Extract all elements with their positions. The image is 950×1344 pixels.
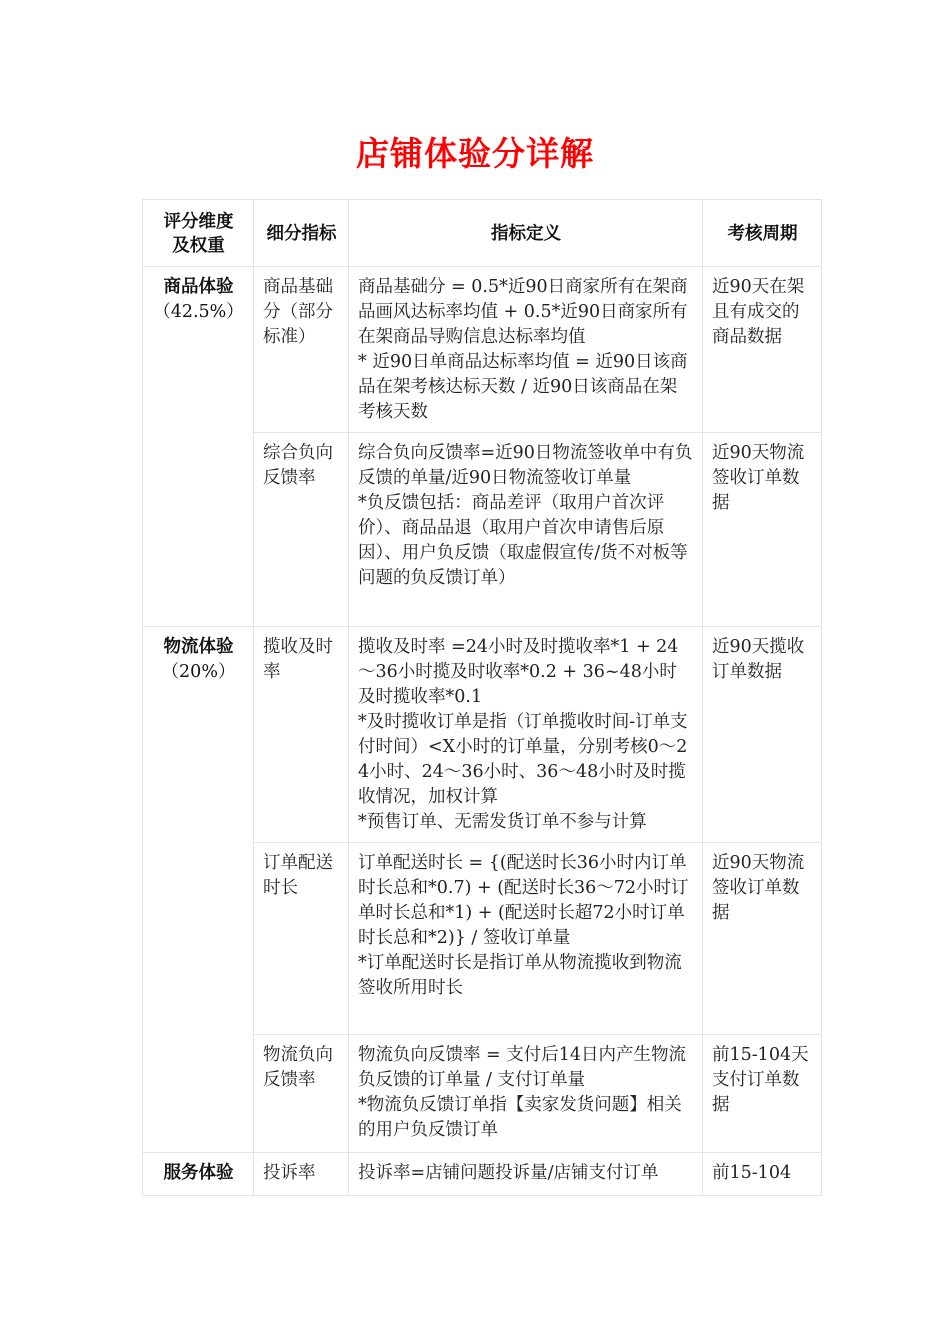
period-cell: 前15-104天支付订单数据 <box>703 1035 822 1153</box>
definition-line: 综合负向反馈率=近90日物流签收单中有负反馈的单量/近90日物流签收订单量 <box>358 441 694 491</box>
metric-cell: 物流负向反馈率 <box>254 1035 349 1153</box>
definition-cell: 物流负向反馈率 = 支付后14日内产生物流负反馈的订单量 / 支付订单量 *物流… <box>349 1035 703 1153</box>
dimension-cell: 商品体验 （42.5%） <box>143 267 254 627</box>
definition-line: * 近90日单商品达标率均值 = 近90日该商品在架考核达标天数 / 近90日该… <box>358 350 694 425</box>
period-cell: 前15-104 <box>703 1153 822 1196</box>
metric-cell: 投诉率 <box>254 1153 349 1196</box>
dimension-name: 服务体验 <box>152 1161 245 1186</box>
definition-line: 商品基础分 = 0.5*近90日商家所有在架商品画风达标率均值 + 0.5*近9… <box>358 275 694 350</box>
definition-line: 投诉率=店铺问题投诉量/店铺支付订单 <box>358 1161 694 1186</box>
definition-line: 物流负向反馈率 = 支付后14日内产生物流负反馈的订单量 / 支付订单量 <box>358 1043 694 1093</box>
metric-cell: 商品基础分（部分标准） <box>254 267 349 433</box>
definition-line: *物流负反馈订单指【卖家发货问题】相关的用户负反馈订单 <box>358 1093 694 1143</box>
score-table: 评分维度 及权重 细分指标 指标定义 考核周期 商品体验 （42.5%） 商品基… <box>142 199 822 1196</box>
table-row: 商品体验 （42.5%） 商品基础分（部分标准） 商品基础分 = 0.5*近90… <box>143 267 822 433</box>
dimension-cell: 服务体验 <box>143 1153 254 1196</box>
header-period: 考核周期 <box>703 200 822 267</box>
definition-cell: 综合负向反馈率=近90日物流签收单中有负反馈的单量/近90日物流签收订单量 *负… <box>349 433 703 627</box>
definition-cell: 商品基础分 = 0.5*近90日商家所有在架商品画风达标率均值 + 0.5*近9… <box>349 267 703 433</box>
header-definition: 指标定义 <box>349 200 703 267</box>
metric-cell: 揽收及时率 <box>254 627 349 843</box>
header-dimension-line2: 及权重 <box>152 234 245 258</box>
definition-line: *预售订单、无需发货订单不参与计算 <box>358 810 694 835</box>
header-dimension-line1: 评分维度 <box>152 210 245 234</box>
dimension-weight: （20%） <box>152 660 245 685</box>
table-header-row: 评分维度 及权重 细分指标 指标定义 考核周期 <box>143 200 822 267</box>
definition-cell: 订单配送时长 = {(配送时长36小时内订单时长总和*0.7) + (配送时长3… <box>349 843 703 1035</box>
metric-cell: 综合负向反馈率 <box>254 433 349 627</box>
page-title: 店铺体验分详解 <box>0 128 950 175</box>
header-dimension: 评分维度 及权重 <box>143 200 254 267</box>
period-cell: 近90天在架且有成交的商品数据 <box>703 267 822 433</box>
dimension-weight: （42.5%） <box>152 300 245 325</box>
definition-cell: 揽收及时率 =24小时及时揽收率*1 + 24～36小时揽及时收率*0.2 + … <box>349 627 703 843</box>
period-cell: 近90天物流签收订单数据 <box>703 843 822 1035</box>
dimension-cell: 物流体验 （20%） <box>143 627 254 1153</box>
table-row: 物流体验 （20%） 揽收及时率 揽收及时率 =24小时及时揽收率*1 + 24… <box>143 627 822 843</box>
header-metric: 细分指标 <box>254 200 349 267</box>
dimension-name: 物流体验 <box>152 635 245 660</box>
table-row: 服务体验 投诉率 投诉率=店铺问题投诉量/店铺支付订单 前15-104 <box>143 1153 822 1196</box>
definition-line: *订单配送时长是指订单从物流揽收到物流签收所用时长 <box>358 951 694 1001</box>
period-cell: 近90天物流签收订单数据 <box>703 433 822 627</box>
definition-cell: 投诉率=店铺问题投诉量/店铺支付订单 <box>349 1153 703 1196</box>
definition-line: 揽收及时率 =24小时及时揽收率*1 + 24～36小时揽及时收率*0.2 + … <box>358 635 694 710</box>
period-cell: 近90天揽收订单数据 <box>703 627 822 843</box>
definition-line: 订单配送时长 = {(配送时长36小时内订单时长总和*0.7) + (配送时长3… <box>358 851 694 951</box>
metric-cell: 订单配送时长 <box>254 843 349 1035</box>
definition-line: *及时揽收订单是指（订单揽收时间-订单支付时间）<X小时的订单量，分别考核0～2… <box>358 710 694 810</box>
definition-line: *负反馈包括：商品差评（取用户首次评价）、商品品退（取用户首次申请售后原因）、用… <box>358 491 694 591</box>
dimension-name: 商品体验 <box>152 275 245 300</box>
